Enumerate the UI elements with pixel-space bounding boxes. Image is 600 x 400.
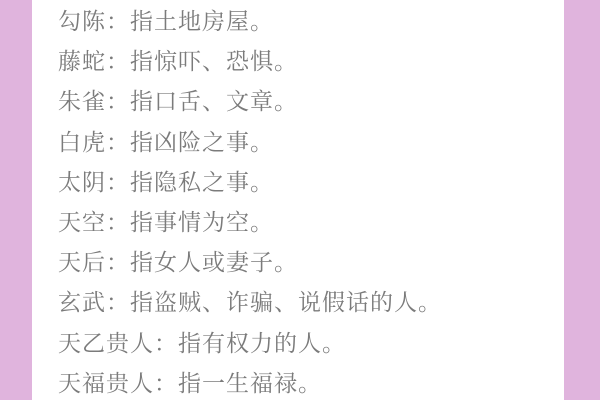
colon-separator: ： xyxy=(154,330,178,356)
colon-separator: ： xyxy=(106,8,130,34)
list-item: 白虎：指凶险之事。 xyxy=(58,122,560,162)
term-meaning: 指女人或妻子。 xyxy=(130,249,298,275)
term-meaning: 指有权力的人。 xyxy=(178,330,346,356)
term-meaning: 指隐私之事。 xyxy=(130,169,274,195)
colon-separator: ： xyxy=(106,209,130,235)
term-meaning: 指土地房屋。 xyxy=(130,8,274,34)
list-item: 天乙贵人：指有权力的人。 xyxy=(58,323,560,363)
list-item: 朱雀：指口舌、文章。 xyxy=(58,81,560,121)
term-list: 勾陈：指土地房屋。 藤蛇：指惊吓、恐惧。 朱雀：指口舌、文章。 白虎：指凶险之事… xyxy=(58,1,560,400)
colon-separator: ： xyxy=(106,129,130,155)
list-item: 玄武：指盗贼、诈骗、说假话的人。 xyxy=(58,282,560,322)
list-item: 藤蛇：指惊吓、恐惧。 xyxy=(58,41,560,81)
left-border-band xyxy=(0,0,32,400)
right-border-band xyxy=(564,0,600,400)
list-item: 天空：指事情为空。 xyxy=(58,202,560,242)
term-label: 朱雀 xyxy=(58,88,106,114)
term-meaning: 指事情为空。 xyxy=(130,209,274,235)
term-label: 天后 xyxy=(58,249,106,275)
colon-separator: ： xyxy=(106,169,130,195)
colon-separator: ： xyxy=(106,48,130,74)
term-label: 勾陈 xyxy=(58,8,106,34)
term-label: 白虎 xyxy=(58,129,106,155)
list-item: 天福贵人：指一生福禄。 xyxy=(58,363,560,400)
colon-separator: ： xyxy=(154,370,178,396)
list-item: 天后：指女人或妻子。 xyxy=(58,242,560,282)
term-meaning: 指一生福禄。 xyxy=(178,370,322,396)
term-meaning: 指凶险之事。 xyxy=(130,129,274,155)
term-label: 天空 xyxy=(58,209,106,235)
colon-separator: ： xyxy=(106,88,130,114)
colon-separator: ： xyxy=(106,289,130,315)
term-label: 藤蛇 xyxy=(58,48,106,74)
list-item: 太阴：指隐私之事。 xyxy=(58,162,560,202)
page: 勾陈：指土地房屋。 藤蛇：指惊吓、恐惧。 朱雀：指口舌、文章。 白虎：指凶险之事… xyxy=(0,0,600,400)
term-label: 天福贵人 xyxy=(58,370,154,396)
colon-separator: ： xyxy=(106,249,130,275)
term-label: 玄武 xyxy=(58,289,106,315)
term-meaning: 指口舌、文章。 xyxy=(130,88,298,114)
term-meaning: 指惊吓、恐惧。 xyxy=(130,48,298,74)
list-item: 勾陈：指土地房屋。 xyxy=(58,1,560,41)
term-label: 太阴 xyxy=(58,169,106,195)
term-label: 天乙贵人 xyxy=(58,330,154,356)
term-meaning: 指盗贼、诈骗、说假话的人。 xyxy=(130,289,442,315)
